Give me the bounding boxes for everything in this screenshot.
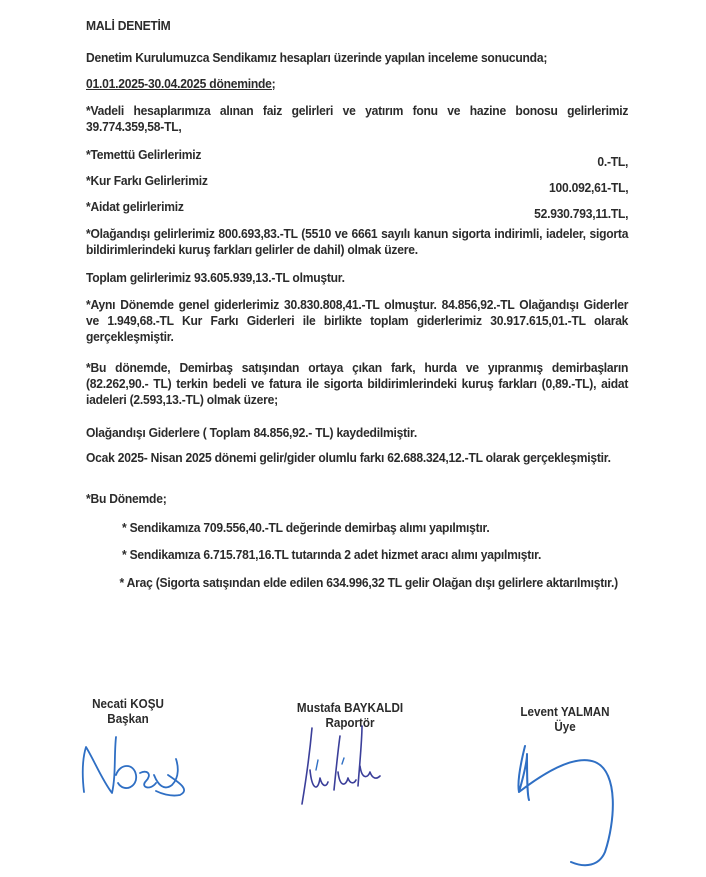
signature-block-member: Levent YALMAN Üye — [505, 705, 626, 735]
interest-income-paragraph: *Vadeli hesaplarımıza alınan faiz gelirl… — [86, 103, 628, 135]
signatory-name: Mustafa BAYKALDI — [276, 701, 425, 716]
period-heading: 01.01.2025-30.04.2025 döneminde; — [86, 76, 275, 92]
period-note-item: * Araç (Sigorta satışından elde edilen 6… — [86, 575, 628, 591]
signature-block-president: Necati KOŞU Başkan — [72, 697, 184, 727]
intro-text: Denetim Kurulumuzca Sendikamız hesapları… — [86, 50, 547, 66]
period-note-item: * Sendikamıza 6.715.781,16.TL tutarında … — [122, 547, 541, 563]
document-title: MALİ DENETİM — [86, 18, 171, 34]
fx-income-value: 100.092,61-TL, — [549, 180, 628, 196]
signature-icon — [80, 735, 200, 800]
signatory-role: Başkan — [72, 712, 184, 727]
total-income-text: Toplam gelirlerimiz 93.605.939,13.-TL ol… — [86, 270, 345, 286]
signature-icon — [300, 720, 400, 810]
dues-income-value: 52.930.793,11.TL, — [534, 206, 628, 222]
dividend-income-value: 0.-TL, — [597, 154, 628, 170]
period-notes-title: *Bu Dönemde; — [86, 491, 167, 507]
signatory-name: Necati KOŞU — [72, 697, 184, 712]
fixed-assets-paragraph: *Bu dönemde, Demirbaş satışından ortaya … — [86, 360, 628, 408]
period-note-item: * Sendikamıza 709.556,40.-TL değerinde d… — [122, 520, 489, 536]
dividend-income-label: *Temettü Gelirlerimiz — [86, 147, 201, 163]
signatory-name: Levent YALMAN — [505, 705, 626, 720]
fx-income-label: *Kur Farkı Gelirlerimiz — [86, 173, 208, 189]
document-page: MALİ DENETİM Denetim Kurulumuzca Sendika… — [0, 0, 706, 877]
general-expenses-paragraph: *Aynı Dönemde genel giderlerimiz 30.830.… — [86, 297, 628, 345]
extraordinary-expenses-total: Olağandışı Giderlere ( Toplam 84.856,92.… — [86, 425, 417, 441]
extraordinary-income-paragraph: *Olağandışı gelirlerimiz 800.693,83.-TL … — [86, 226, 628, 258]
net-result-paragraph: Ocak 2025- Nisan 2025 dönemi gelir/gider… — [86, 450, 628, 466]
dues-income-label: *Aidat gelirlerimiz — [86, 199, 184, 215]
signatory-role: Üye — [505, 720, 626, 735]
signature-icon — [515, 742, 625, 872]
